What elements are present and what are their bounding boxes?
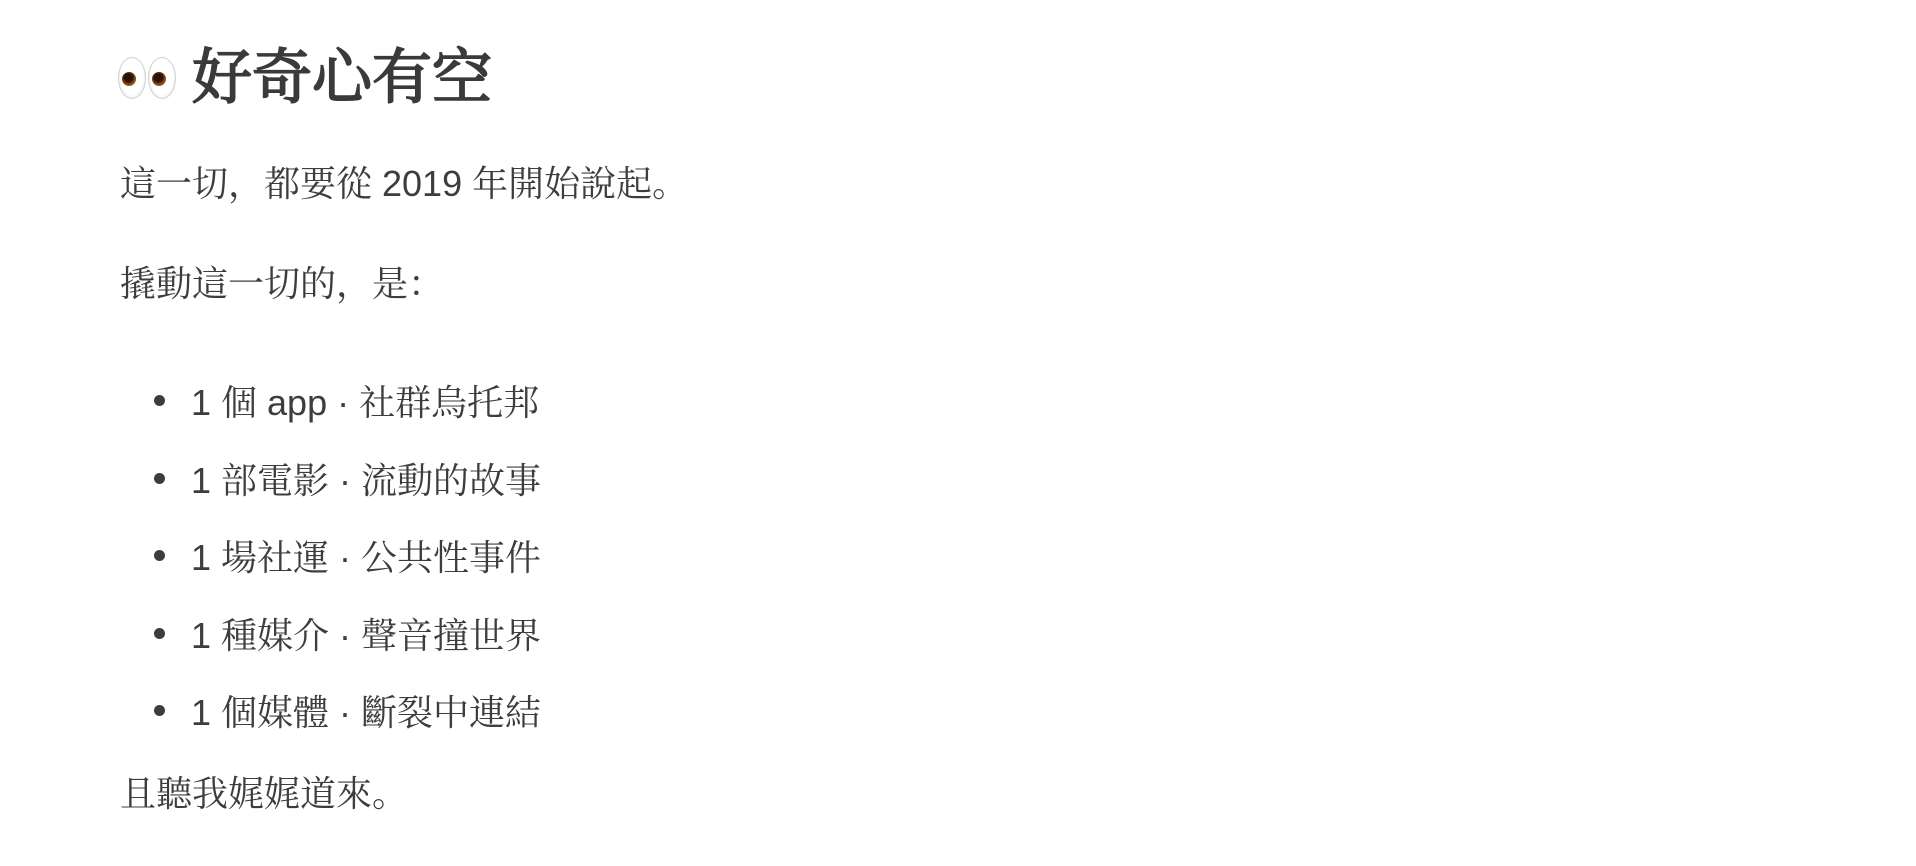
list-item-text: 1 個 app · 社群烏托邦 bbox=[191, 375, 539, 426]
eye-left-icon bbox=[118, 57, 146, 99]
list-item-text: 1 部電影 · 流動的故事 bbox=[191, 453, 541, 504]
intro-paragraph: 這一切，都要從 2019 年開始說起。 bbox=[120, 160, 688, 208]
bullet-list: 1 個 app · 社群烏托邦 1 部電影 · 流動的故事 1 場社運 · 公共… bbox=[120, 362, 541, 750]
page-title: 好奇心有空 bbox=[118, 38, 492, 118]
eye-right-icon bbox=[148, 57, 176, 99]
bullet-icon bbox=[154, 550, 165, 561]
list-item: 1 部電影 · 流動的故事 bbox=[120, 440, 541, 518]
list-item: 1 種媒介 · 聲音撞世界 bbox=[120, 595, 541, 673]
list-item-text: 1 場社運 · 公共性事件 bbox=[191, 530, 541, 581]
list-item: 1 場社運 · 公共性事件 bbox=[120, 517, 541, 595]
list-item-text: 1 種媒介 · 聲音撞世界 bbox=[191, 608, 541, 659]
bullet-icon bbox=[154, 628, 165, 639]
bullet-icon bbox=[154, 473, 165, 484]
bullet-icon bbox=[154, 395, 165, 406]
list-item: 1 個媒體 · 斷裂中連結 bbox=[120, 672, 541, 750]
list-item-text: 1 個媒體 · 斷裂中連結 bbox=[191, 685, 541, 736]
title-text: 好奇心有空 bbox=[192, 38, 492, 118]
list-item: 1 個 app · 社群烏托邦 bbox=[120, 362, 541, 440]
eyes-icon bbox=[118, 57, 176, 99]
closing-paragraph: 且聽我娓娓道來。 bbox=[120, 770, 408, 818]
bullet-icon bbox=[154, 705, 165, 716]
lead-paragraph: 撬動這一切的，是： bbox=[120, 260, 444, 308]
